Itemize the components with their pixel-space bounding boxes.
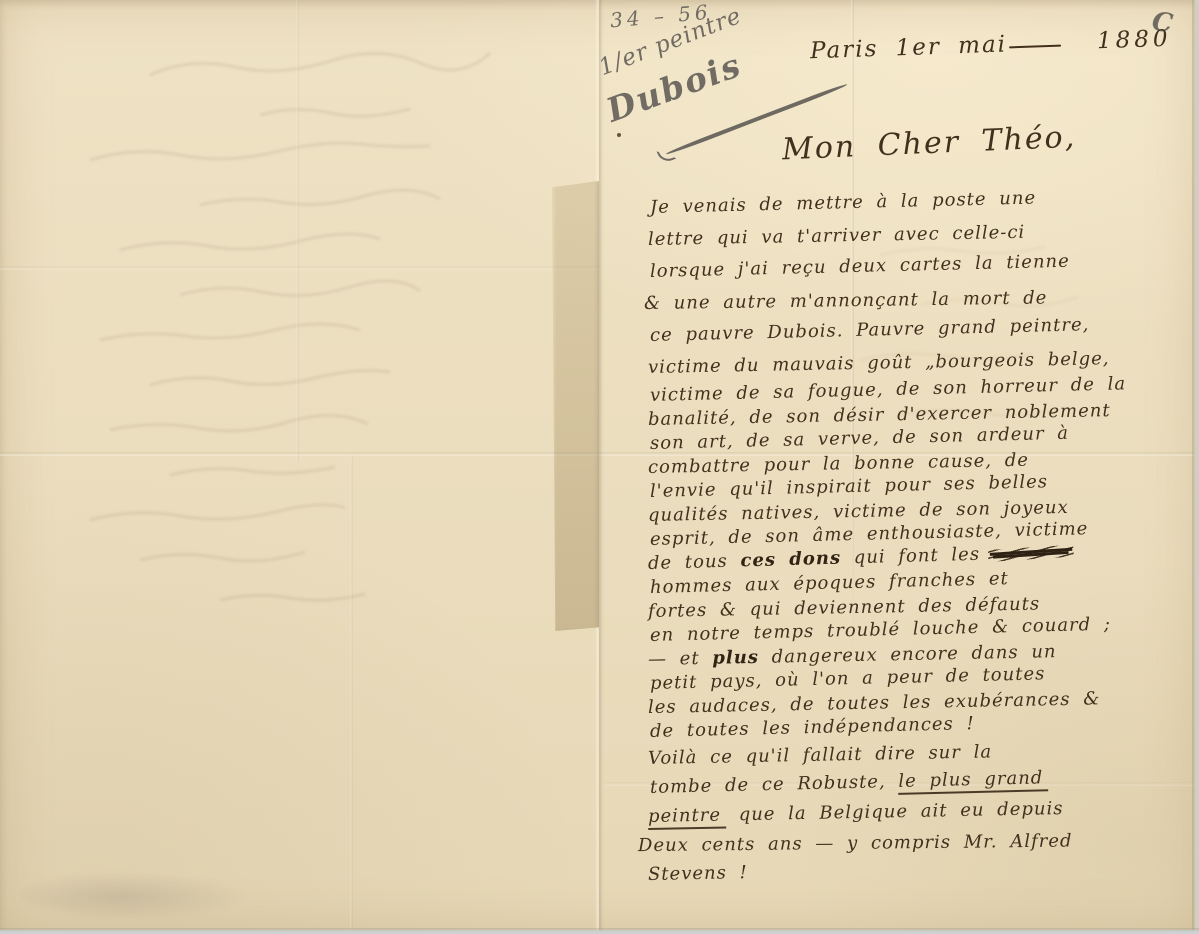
tape-repair-strip [552,181,599,631]
ink-speck [617,133,621,137]
letter-body: Je venais de mettre à la poste une lettr… [648,192,1196,889]
dateline: Paris 1er mai 1880 [810,26,1172,65]
horizontal-crease-left-page [0,266,600,270]
underlined-phrase: le plus grand [898,767,1048,795]
paper-bottom-edge [0,928,1199,934]
pencil-smudge [20,872,250,917]
emphasized-word: plus [712,647,759,669]
salutation: Mon Cher Théo, [781,120,1076,168]
vertical-crease-left-upper [296,0,299,462]
crossed-out-word [988,545,1075,562]
emphasized-words: ces dons [740,548,841,572]
dateline-flourish-dash [1009,44,1061,48]
dateline-place-date: Paris 1er mai [810,31,1008,64]
dateline-year: 1880 [1097,26,1172,55]
letter-page: 34 – 56 1/er peintre Dubois C Paris 1er … [0,0,1199,934]
underlined-word: peintre [648,805,726,830]
vertical-crease-left-lower [350,455,353,934]
